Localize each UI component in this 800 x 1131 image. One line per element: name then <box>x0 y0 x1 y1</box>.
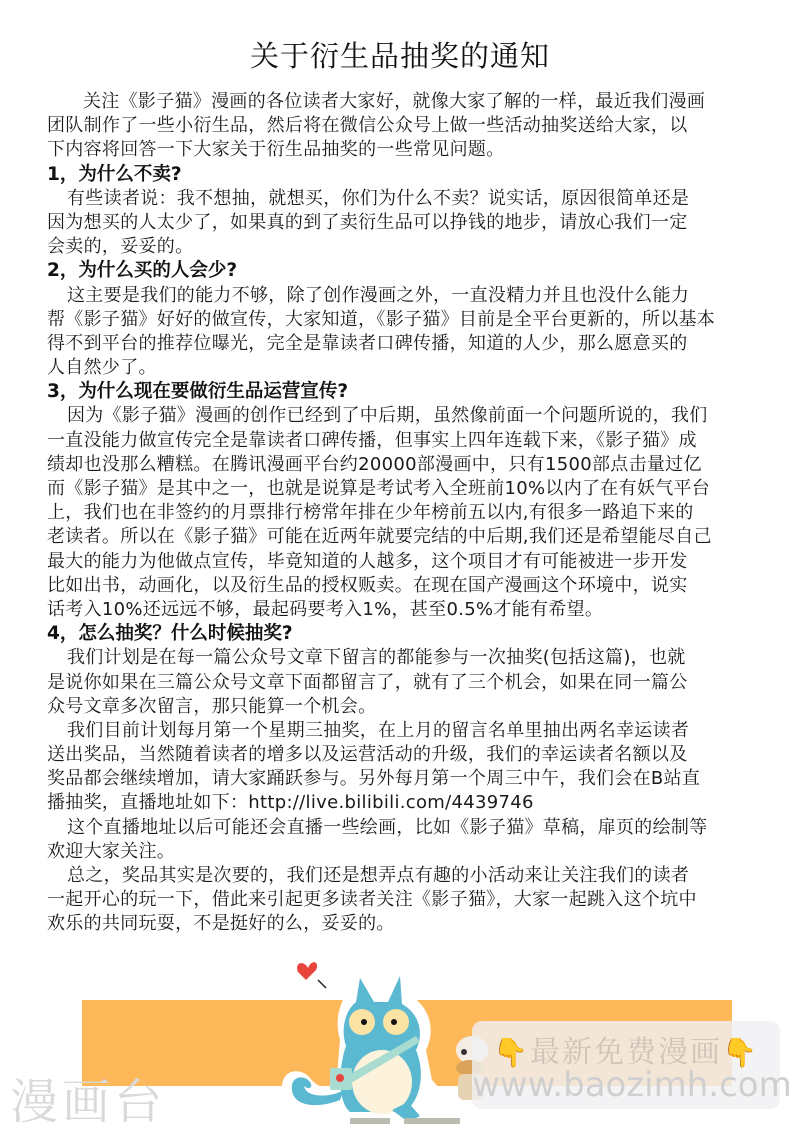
section-line: 老读者。所以在《影子猫》可能在近两年就要完结的中后期,我们还是希望能尽自己 <box>47 525 763 549</box>
section-line: 是说你如果在三篇公众号文章下面都留言了，就有了三个机会，如果在同一篇公 <box>47 671 763 695</box>
section-line: 一直没能力做宣传完全是靠读者口碑传播，但事实上四年连载下来，《影子猫》成 <box>47 429 763 453</box>
site-watermark-left: 漫画台 <box>10 1063 166 1131</box>
site-watermark-box[interactable]: 👇最新免费漫画👇 www.baozimh.com <box>472 1021 780 1109</box>
section-line: 欢乐的共同玩耍，不是挺好的么，妥妥的。 <box>47 912 763 936</box>
section-line: 人自然少了。 <box>47 356 763 380</box>
intro-line: 下内容将回答一下大家关于衍生品抽奖的一些常见问题。 <box>47 138 763 162</box>
watermark-url[interactable]: www.baozimh.com <box>472 1065 780 1105</box>
section-line: 总之，奖品其实是次要的，我们还是想弄点有趣的小活动来让关注我们的读者 <box>47 864 763 888</box>
section-line: 得不到平台的推荐位曝光，完全是靠读者口碑传播，知道的人少，那么愿意买的 <box>47 332 763 356</box>
section-heading-1: 1，为什么不卖? <box>47 163 763 187</box>
page-title: 关于衍生品抽奖的通知 <box>0 36 800 76</box>
section-line: 最大的能力为他做点宣传，毕竟知道的人越多，这个项目才有可能被进一步开发 <box>47 550 763 574</box>
section-line: 这个直播地址以后可能还会直播一些绘画，比如《影子猫》草稿，扉页的绘制等 <box>47 816 763 840</box>
section-line: 众号文章多次留言，那只能算一个机会。 <box>47 695 763 719</box>
section-line: 我们计划是在每一篇公众号文章下留言的都能参与一次抽奖(包括这篇)，也就 <box>47 646 763 670</box>
section-line: 比如出书，动画化，以及衍生品的授权贩卖。在现在国产漫画这个环境中，说实 <box>47 574 763 598</box>
section-heading-2: 2，为什么买的人会少? <box>47 259 763 283</box>
section-line: 因为《影子猫》漫画的创作已经到了中后期，虽然像前面一个问题所说的，我们 <box>47 404 763 428</box>
section-line: 上，我们也在非签约的月票排行榜常年排在少年榜前五以内,有很多一路追下来的 <box>47 501 763 525</box>
section-line: 欢迎大家关注。 <box>47 840 763 864</box>
section-line: 这主要是我们的能力不够，除了创作漫画之外，一直没精力并且也没什么能力 <box>47 284 763 308</box>
section-line: 有些读者说：我不想抽，就想买，你们为什么不卖？说实话，原因很简单还是 <box>47 187 763 211</box>
section-line: 我们目前计划每月第一个星期三抽奖，在上月的留言名单里抽出两名幸运读者 <box>47 719 763 743</box>
intro-line: 关注《影子猫》漫画的各位读者大家好，就像大家了解的一样，最近我们漫画 <box>47 90 763 114</box>
intro-line: 团队制作了一些小衍生品，然后将在微信公众号上做一些活动抽奖送给大家，以 <box>47 114 763 138</box>
section-line: 会卖的，妥妥的。 <box>47 235 763 259</box>
section-line: 因为想买的人太少了，如果真的到了卖衍生品可以挣钱的地步，请放心我们一定 <box>47 211 763 235</box>
section-line[interactable]: 播抽奖，直播地址如下：http://live.bilibili.com/4439… <box>47 791 763 815</box>
notice-body: 关注《影子猫》漫画的各位读者大家好，就像大家了解的一样，最近我们漫画 团队制作了… <box>47 90 763 937</box>
section-heading-3: 3，为什么现在要做衍生品运营宣传? <box>47 380 763 404</box>
section-line: 送出奖品，当然随着读者的增多以及运营活动的升级，我们的幸运读者名额以及 <box>47 743 763 767</box>
section-line: 帮《影子猫》好好的做宣传，大家知道，《影子猫》目前是全平台更新的，所以基本 <box>47 308 763 332</box>
section-line: 一起开心的玩一下，借此来引起更多读者关注《影子猫》，大家一起跳入这个坑中 <box>47 888 763 912</box>
section-line: 绩却也没那么糟糕。在腾讯漫画平台约20000部漫画中，只有1500部点击量过亿 <box>47 453 763 477</box>
section-line: 奖品都会继续增加，请大家踊跃参与。另外每月第一个周三中午，我们会在B站直 <box>47 767 763 791</box>
section-line: 话考入10%还远远不够，最起码要考入1%，甚至0.5%才能有希望。 <box>47 598 763 622</box>
section-heading-4: 4，怎么抽奖？什么时候抽奖? <box>47 622 763 646</box>
section-line: 而《影子猫》是其中之一，也就是说算是考试考入全班前10%以内了在有妖气平台 <box>47 477 763 501</box>
